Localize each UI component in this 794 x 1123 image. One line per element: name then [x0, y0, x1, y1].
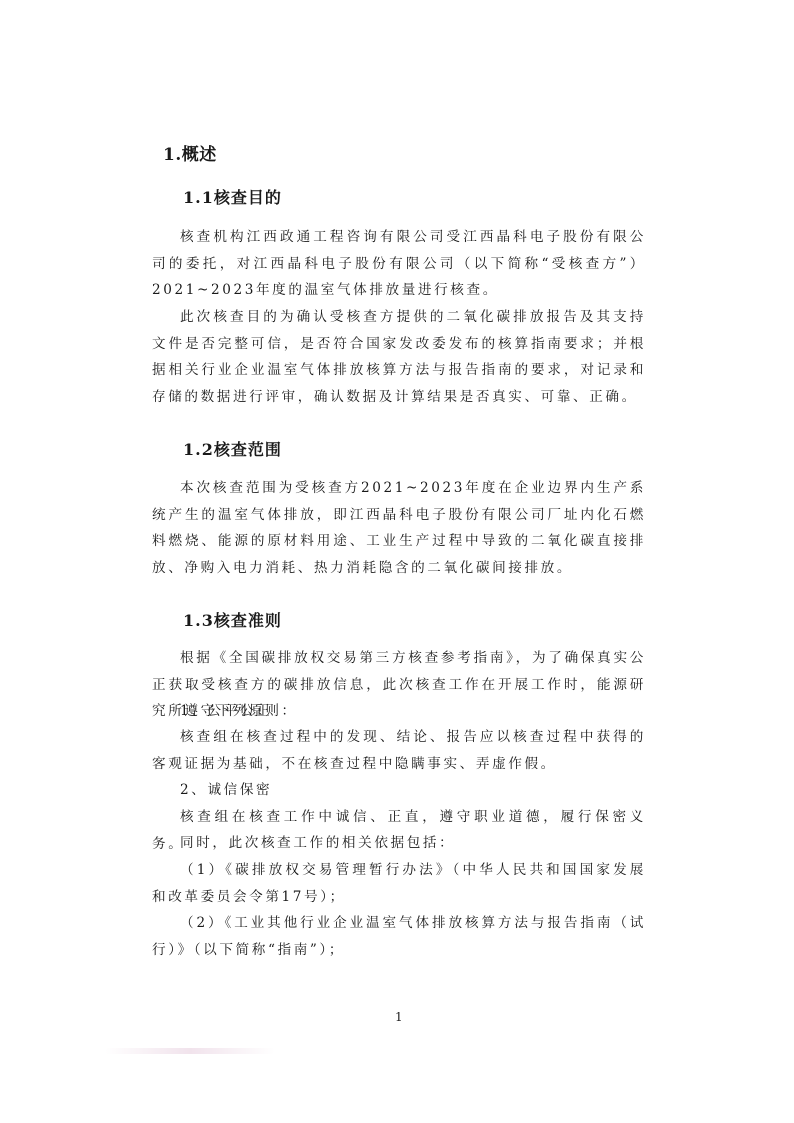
purpose-paragraph-1: 核查机构江西政通工程咨询有限公司受江西晶科电子股份有限公司的委托，对江西晶科电子… [152, 224, 646, 304]
paragraph-text: 2、诚信保密 [152, 777, 646, 804]
scan-smudge [105, 1048, 275, 1054]
paragraph-text: 同时，此次核查工作的相关依据包括： [152, 830, 646, 857]
basis-item-1: （1）《碳排放权交易管理暂行办法》（中华人民共和国国家发展和改革委员会令第17号… [152, 857, 646, 910]
principle-1-title: 1、公平公正 [152, 698, 646, 725]
principle-2-title: 2、诚信保密 [152, 777, 646, 804]
page-number: 1 [395, 1010, 403, 1024]
paragraph-text: （2）《工业其他行业企业温室气体排放核算方法与报告指南（试行）》（以下简称“指南… [152, 910, 646, 963]
basis-intro-paragraph: 同时，此次核查工作的相关依据包括： [152, 830, 646, 857]
section-heading-scope: 1.2核查范围 [183, 437, 282, 460]
scope-paragraph: 本次核查范围为受核查方2021~2023年度在企业边界内生产系统产生的温室气体排… [152, 475, 646, 581]
section-heading-purpose: 1.1核查目的 [183, 185, 282, 208]
section-heading-overview: 1.概述 [163, 140, 217, 165]
document-page: 1.概述 1.1核查目的 核查机构江西政通工程咨询有限公司受江西晶科电子股份有限… [0, 0, 794, 1123]
purpose-paragraph-2: 此次核查目的为确认受核查方提供的二氧化碳排放报告及其支持文件是否完整可信，是否符… [152, 304, 646, 410]
section-heading-criteria: 1.3核查准则 [183, 608, 282, 631]
paragraph-text: 1、公平公正 [152, 698, 646, 725]
paragraph-text: 本次核查范围为受核查方2021~2023年度在企业边界内生产系统产生的温室气体排… [152, 475, 646, 581]
paragraph-text: （1）《碳排放权交易管理暂行办法》（中华人民共和国国家发展和改革委员会令第17号… [152, 857, 646, 910]
paragraph-text: 核查组在核查过程中的发现、结论、报告应以核查过程中获得的客观证据为基础，不在核查… [152, 724, 646, 777]
paragraph-text: 核查机构江西政通工程咨询有限公司受江西晶科电子股份有限公司的委托，对江西晶科电子… [152, 224, 646, 304]
basis-item-2: （2）《工业其他行业企业温室气体排放核算方法与报告指南（试行）》（以下简称“指南… [152, 910, 646, 963]
principle-1-paragraph: 核查组在核查过程中的发现、结论、报告应以核查过程中获得的客观证据为基础，不在核查… [152, 724, 646, 777]
paragraph-text: 此次核查目的为确认受核查方提供的二氧化碳排放报告及其支持文件是否完整可信，是否符… [152, 304, 646, 410]
